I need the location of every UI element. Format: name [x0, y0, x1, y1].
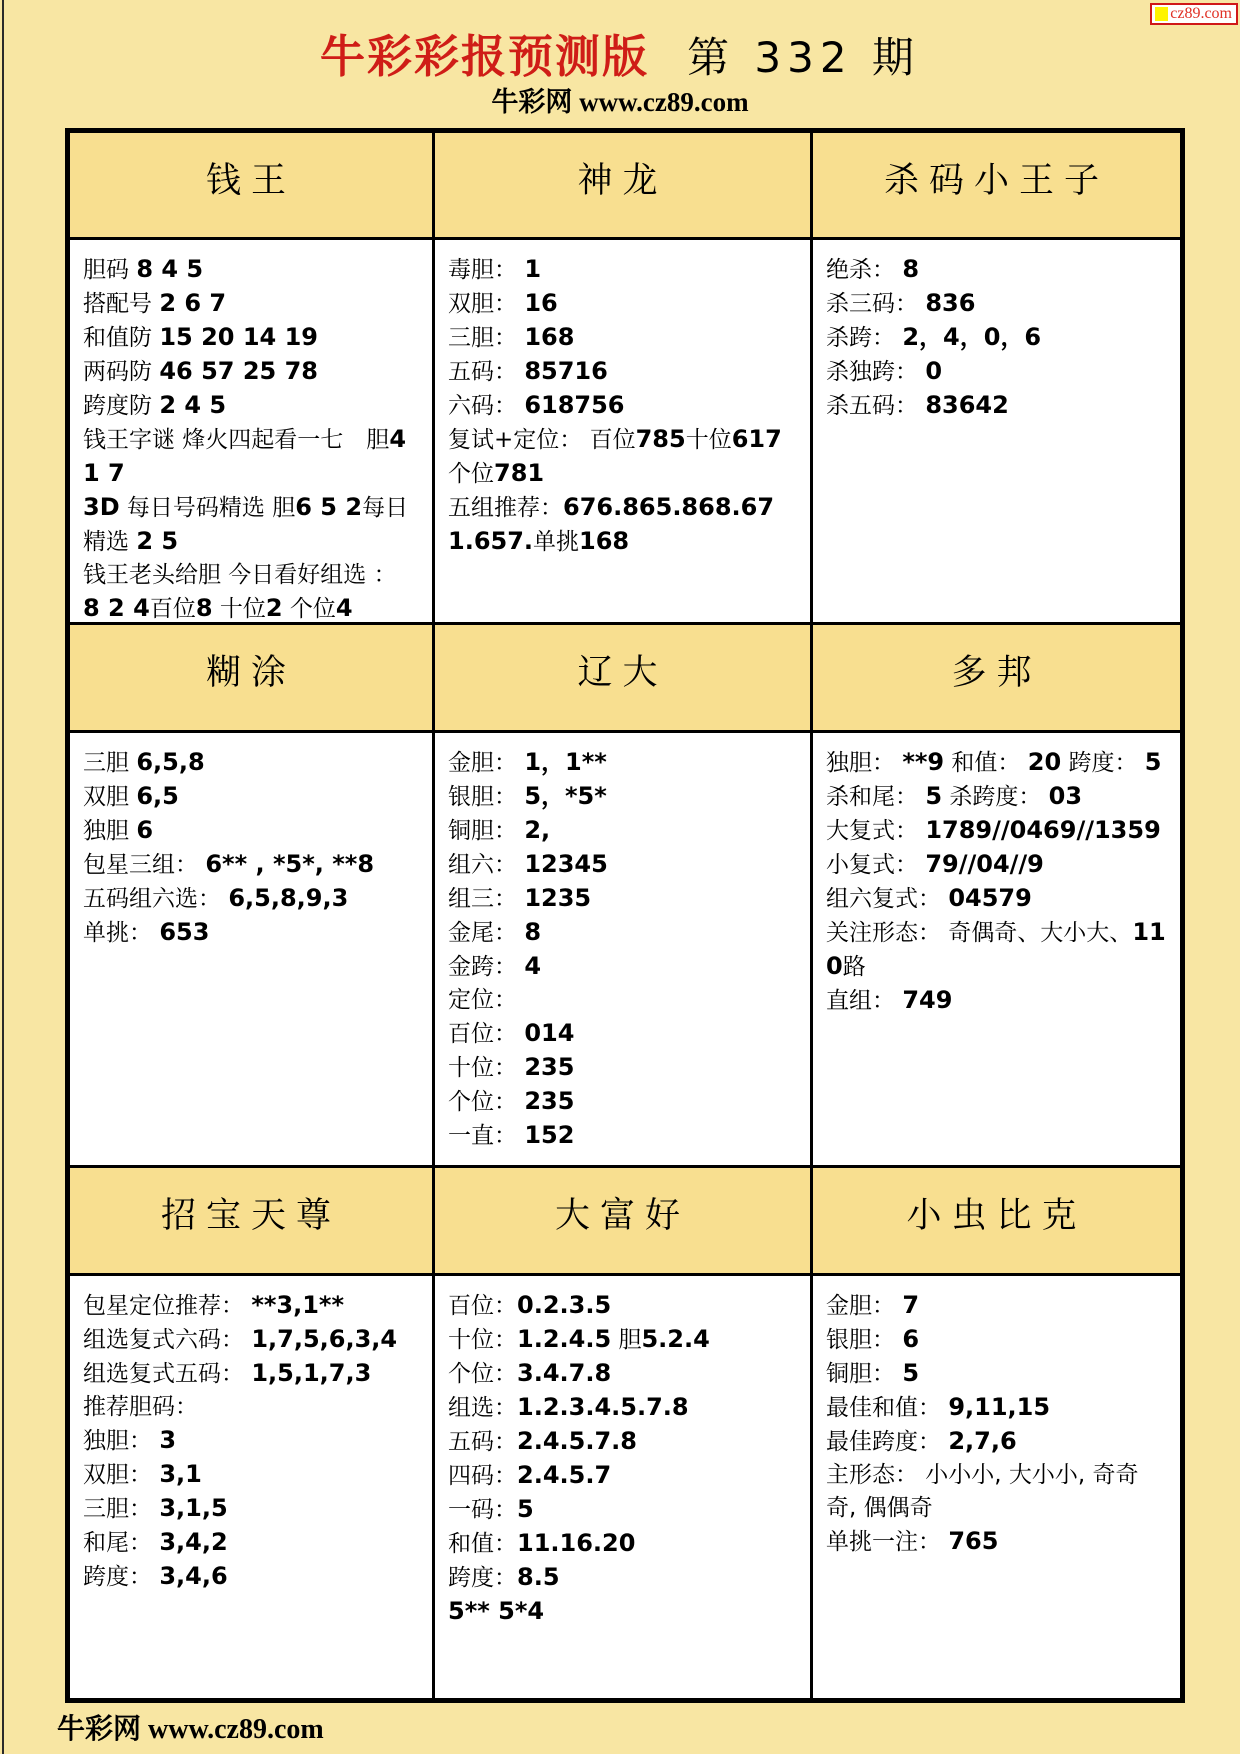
box-title: 钱王	[206, 161, 296, 201]
label-text: 独胆：	[83, 1428, 159, 1454]
label-text: 金胆：	[826, 1293, 902, 1319]
value-text: 749	[902, 986, 952, 1014]
label-text: 五组推荐：	[448, 495, 563, 521]
text-line: 双胆 6,5	[83, 780, 419, 814]
text-line: 组三： 1235	[448, 882, 797, 916]
value-text: 3,1	[159, 1460, 202, 1488]
text-line: 搭配号 2 6 7	[83, 287, 419, 321]
label-text: 金胆：	[448, 750, 524, 776]
page-edge-line	[2, 0, 4, 1754]
box-shama-xiaowangzi-header: 杀码小王子	[813, 133, 1180, 240]
label-text: 三胆	[83, 750, 136, 776]
label-text: 五码组六选：	[83, 886, 228, 912]
text-line: 组六： 12345	[448, 848, 797, 882]
label-text: 金跨：	[448, 954, 524, 980]
text-line: 杀五码： 83642	[826, 389, 1167, 423]
text-line: 直组： 749	[826, 984, 1167, 1018]
label-text: 最佳跨度：	[826, 1429, 948, 1455]
text-line: 毒胆： 1	[448, 253, 797, 287]
text-line: 六码： 618756	[448, 389, 797, 423]
text-line: 大复式： 1789//0469//1359	[826, 814, 1167, 848]
label-text: 金尾：	[448, 920, 524, 946]
label-text: 每日号码精选 胆	[120, 495, 296, 521]
value-text: 781	[494, 459, 544, 487]
site-subtitle: 牛彩网 www.cz89.com	[0, 80, 1240, 119]
label-text: 单挑	[533, 529, 579, 555]
value-text: 5** 5*4	[448, 1597, 544, 1625]
box-duobang-content: 独胆： **9 和值： 20 跨度： 5 杀和尾： 5 杀跨度： 03大复式： …	[813, 733, 1180, 1018]
text-line: 五码：2.4.5.7.8	[448, 1425, 797, 1459]
value-text: 6	[902, 1325, 919, 1353]
label-text: 胆	[611, 1327, 641, 1353]
box-dafuhao-header: 大富好	[435, 1168, 810, 1276]
text-line: 跨度防 2 4 5	[83, 389, 419, 423]
label-text: 包星定位推荐：	[83, 1293, 251, 1319]
value-text: 3,1,5	[159, 1494, 227, 1522]
box-title: 小虫比克	[906, 1196, 1086, 1236]
value-text: 3,4,6	[159, 1562, 227, 1590]
value-text: 168	[579, 527, 629, 555]
text-line: 和值：11.16.20	[448, 1527, 797, 1561]
value-text: 6	[136, 816, 153, 844]
label-text: 百位：	[448, 1021, 524, 1047]
page-title: 牛彩彩报预测版第 332 期	[0, 20, 1240, 85]
value-text: 014	[524, 1019, 574, 1047]
label-text: 百位：	[448, 1293, 517, 1319]
value-text: 3D	[83, 493, 120, 521]
text-line: 单挑： 653	[83, 916, 419, 950]
value-text: 6,5,8,9,3	[228, 884, 348, 912]
text-line: 推荐胆码：	[83, 1391, 419, 1424]
text-line: 包星定位推荐： **3,1**	[83, 1289, 419, 1323]
text-line: 十位： 235	[448, 1051, 797, 1085]
value-text: 5	[902, 1359, 919, 1387]
label-text: 组选复式六码：	[83, 1327, 251, 1353]
label-text: 复试+定位： 百位	[448, 427, 636, 453]
label-text: 一直：	[448, 1123, 524, 1149]
label-text: 杀跨度：	[942, 784, 1049, 810]
label-text: 推荐胆码：	[83, 1394, 198, 1420]
label-text: 和值防	[83, 325, 159, 351]
text-line: 组六复式： 04579	[826, 882, 1167, 916]
label-text: 杀五码：	[826, 393, 925, 419]
value-text: 6 5 2	[295, 493, 362, 521]
value-text: 0	[925, 357, 942, 385]
text-line: 银胆： 6	[826, 1323, 1167, 1357]
value-text: 1,7,5,6,3,4	[251, 1325, 397, 1353]
text-line: 五码组六选： 6,5,8,9,3	[83, 882, 419, 916]
value-text: **3,1**	[251, 1291, 344, 1319]
value-text: 85716	[524, 357, 608, 385]
text-line: 和尾： 3,4,2	[83, 1526, 419, 1560]
box-dafuhao-content: 百位：0.2.3.5十位：1.2.4.5 胆5.2.4个位：3.4.7.8组选：…	[435, 1276, 810, 1629]
label-text: 杀和尾：	[826, 784, 925, 810]
value-text: 12345	[524, 850, 608, 878]
label-text: 胆码	[83, 257, 136, 283]
page-title-issue: 第 332 期	[687, 33, 920, 82]
value-text: 3	[159, 1426, 176, 1454]
box-title: 多邦	[951, 653, 1041, 693]
text-line: 两码防 46 57 25 78	[83, 355, 419, 389]
value-text: 2 5	[136, 527, 178, 555]
label-text: 杀三码：	[826, 291, 925, 317]
label-text: 十位：	[448, 1055, 524, 1081]
label-text: 五码：	[448, 359, 524, 385]
value-text: 8.5	[517, 1563, 560, 1591]
prediction-grid: 钱王 胆码 8 4 5搭配号 2 6 7和值防 15 20 14 19两码防 4…	[65, 128, 1185, 1703]
text-line: 跨度：8.5	[448, 1561, 797, 1595]
text-line: 三胆： 3,1,5	[83, 1492, 419, 1526]
box-zhaobao-tianzun: 招宝天尊 包星定位推荐： **3,1**组选复式六码： 1,7,5,6,3,4组…	[70, 1165, 432, 1698]
text-line: 铜胆： 2,	[448, 814, 797, 848]
text-line: 个位： 235	[448, 1085, 797, 1119]
label-text: 组六复式：	[826, 886, 948, 912]
value-text: 617	[732, 425, 782, 453]
value-text: 6** , *5*, **8	[205, 850, 374, 878]
label-text: 一码：	[448, 1497, 517, 1523]
value-text: 7	[902, 1291, 919, 1319]
value-text: 4	[524, 952, 541, 980]
label-text: 杀独跨：	[826, 359, 925, 385]
text-line: 关注形态： 奇偶奇、大小大、110路	[826, 916, 1167, 984]
text-line: 铜胆： 5	[826, 1357, 1167, 1391]
box-shenlong: 神龙 毒胆： 1双胆： 16三胆： 168五码： 85716六码： 618756…	[432, 133, 810, 622]
text-line: 单挑一注： 765	[826, 1525, 1167, 1559]
text-line: 四码：2.4.5.7	[448, 1459, 797, 1493]
value-text: 20	[1028, 748, 1061, 776]
box-liaoda-content: 金胆： 1，1**银胆： 5，*5*铜胆： 2,组六： 12345组三： 123…	[435, 733, 810, 1153]
value-text: 79//04//9	[925, 850, 1044, 878]
label-text: 组三：	[448, 886, 524, 912]
text-line: 金跨： 4	[448, 950, 797, 984]
label-text: 杀跨：	[826, 325, 902, 351]
label-text: 独胆：	[826, 750, 902, 776]
box-title: 糊涂	[206, 653, 296, 693]
text-line: 双胆： 3,1	[83, 1458, 419, 1492]
label-text: 独胆	[83, 818, 136, 844]
label-text: 包星三组：	[83, 852, 205, 878]
text-line: 双胆： 16	[448, 287, 797, 321]
box-title: 辽大	[577, 653, 667, 693]
text-line: 五码： 85716	[448, 355, 797, 389]
value-text: 152	[524, 1121, 574, 1149]
label-text: 个位	[448, 461, 494, 487]
value-text: 2，4，0，6	[902, 323, 1041, 351]
text-line: 钱王老头给胆 今日看好组选 ： 8 2 4百位8 十位2 个位4	[83, 559, 419, 622]
label-text: 个位：	[448, 1361, 517, 1387]
label-text: 直组：	[826, 988, 902, 1014]
value-text: 653	[159, 918, 209, 946]
value-text: 16	[524, 289, 557, 317]
label-text: 两码防	[83, 359, 159, 385]
text-line: 一码：5	[448, 1493, 797, 1527]
text-line: 杀三码： 836	[826, 287, 1167, 321]
label-text: 十位	[213, 596, 266, 622]
box-hutu: 糊涂 三胆 6,5,8双胆 6,5独胆 6包星三组： 6** , *5*, **…	[70, 622, 432, 1165]
label-text: 三胆：	[448, 325, 524, 351]
label-text: 大复式：	[826, 818, 925, 844]
box-hutu-content: 三胆 6,5,8双胆 6,5独胆 6包星三组： 6** , *5*, **8五码…	[70, 733, 432, 950]
value-text: 8 4 5	[136, 255, 203, 283]
box-xiaochong-bike: 小虫比克 金胆： 7银胆： 6铜胆： 5最佳和值： 9,11,15最佳跨度： 2…	[810, 1165, 1180, 1698]
box-zhaobao-tianzun-content: 包星定位推荐： **3,1**组选复式六码： 1,7,5,6,3,4组选复式五码…	[70, 1276, 432, 1594]
label-text: 十位	[686, 427, 732, 453]
label-text: 十位：	[448, 1327, 517, 1353]
text-line: 十位：1.2.4.5 胆5.2.4	[448, 1323, 797, 1357]
label-text: 六码：	[448, 393, 524, 419]
value-text: 1235	[524, 884, 591, 912]
text-line: 金尾： 8	[448, 916, 797, 950]
value-text: 8	[902, 255, 919, 283]
label-text: 和值：	[944, 750, 1028, 776]
box-shama-xiaowangzi-content: 绝杀： 8杀三码： 836杀跨： 2，4，0，6杀独跨： 0杀五码： 83642	[813, 240, 1180, 423]
value-text: 235	[524, 1087, 574, 1115]
label-text: 百位	[150, 596, 196, 622]
label-text: 定位：	[448, 987, 517, 1013]
box-title: 神龙	[577, 161, 667, 201]
value-text: 2	[266, 594, 283, 622]
box-shenlong-content: 毒胆： 1双胆： 16三胆： 168五码： 85716六码： 618756复试+…	[435, 240, 810, 559]
box-xiaochong-bike-content: 金胆： 7银胆： 6铜胆： 5最佳和值： 9,11,15最佳跨度： 2,7,6主…	[813, 1276, 1180, 1559]
value-text: 46 57 25 78	[159, 357, 318, 385]
label-text: 和尾：	[83, 1530, 159, 1556]
value-text: 168	[524, 323, 574, 351]
text-line: 独胆 6	[83, 814, 419, 848]
label-text: 主形态： 小小小, 大小小, 奇奇奇, 偶偶奇	[826, 1462, 1139, 1521]
text-line: 独胆： 3	[83, 1424, 419, 1458]
box-zhaobao-tianzun-header: 招宝天尊	[70, 1168, 432, 1276]
text-line: 小复式： 79//04//9	[826, 848, 1167, 882]
box-shenlong-header: 神龙	[435, 133, 810, 240]
text-line: 杀独跨： 0	[826, 355, 1167, 389]
text-line: 组选复式六码： 1,7,5,6,3,4	[83, 1323, 419, 1357]
label-text: 和值：	[448, 1531, 517, 1557]
value-text: 8	[196, 594, 213, 622]
box-qianwang: 钱王 胆码 8 4 5搭配号 2 6 7和值防 15 20 14 19两码防 4…	[70, 133, 432, 622]
text-line: 独胆： **9 和值： 20 跨度： 5 杀和尾： 5 杀跨度： 03	[826, 746, 1167, 814]
label-text: 组选：	[448, 1395, 517, 1421]
value-text: 6,5,8	[136, 748, 204, 776]
text-line: 主形态： 小小小, 大小小, 奇奇奇, 偶偶奇	[826, 1459, 1167, 1525]
label-text: 个位：	[448, 1089, 524, 1115]
box-duobang: 多邦 独胆： **9 和值： 20 跨度： 5 杀和尾： 5 杀跨度： 03大复…	[810, 622, 1180, 1165]
value-text: 2 4 5	[159, 391, 226, 419]
value-text: 765	[948, 1527, 998, 1555]
value-text: 785	[636, 425, 686, 453]
label-text: 跨度：	[1061, 750, 1145, 776]
box-title: 杀码小王子	[884, 161, 1109, 201]
value-text: 2,7,6	[948, 1427, 1016, 1455]
value-text: 1789//0469//1359	[925, 816, 1160, 844]
value-text: 6,5	[136, 782, 179, 810]
label-text: 钱王字谜 烽火四起看一七 胆	[83, 427, 389, 453]
value-text: 5	[1145, 748, 1162, 776]
label-text: 跨度：	[83, 1564, 159, 1590]
label-text: 毒胆：	[448, 257, 524, 283]
label-text: 跨度防	[83, 393, 159, 419]
label-text: 双胆：	[448, 291, 524, 317]
label-text: 关注形态： 奇偶奇、大小大、	[826, 920, 1132, 946]
label-text: 路	[843, 954, 866, 980]
box-title: 招宝天尊	[161, 1196, 341, 1236]
text-line: 复试+定位： 百位785十位617个位781	[448, 423, 797, 491]
text-line: 五组推荐：676.865.868.671.657.单挑168	[448, 491, 797, 559]
text-line: 组选复式五码： 1,5,1,7,3	[83, 1357, 419, 1391]
box-qianwang-header: 钱王	[70, 133, 432, 240]
box-duobang-header: 多邦	[813, 625, 1180, 733]
text-line: 5** 5*4	[448, 1595, 797, 1629]
value-text: 2.4.5.7.8	[517, 1427, 637, 1455]
label-text: 五码：	[448, 1429, 517, 1455]
label-text: 搭配号	[83, 291, 159, 317]
value-text: 1.2.3.4.5.7.8	[517, 1393, 689, 1421]
label-text: 跨度：	[448, 1565, 517, 1591]
box-liaoda: 辽大 金胆： 1，1**银胆： 5，*5*铜胆： 2,组六： 12345组三： …	[432, 622, 810, 1165]
label-text: 银胆：	[826, 1327, 902, 1353]
label-text: 双胆	[83, 784, 136, 810]
label-text: 组选复式五码：	[83, 1361, 251, 1387]
box-title: 大富好	[555, 1196, 690, 1236]
value-text: 3,4,2	[159, 1528, 227, 1556]
value-text: 2.4.5.7	[517, 1461, 611, 1489]
value-text: 8 2 4	[83, 594, 150, 622]
yellow-square-icon	[1155, 7, 1168, 21]
value-text: 1.2.4.5	[517, 1325, 611, 1353]
text-line: 杀跨： 2，4，0，6	[826, 321, 1167, 355]
value-text: 1	[524, 255, 541, 283]
text-line: 绝杀： 8	[826, 253, 1167, 287]
label-text: 铜胆：	[448, 818, 524, 844]
text-line: 金胆： 1，1**	[448, 746, 797, 780]
text-line: 和值防 15 20 14 19	[83, 321, 419, 355]
label-text: 银胆：	[448, 784, 524, 810]
label-text: 铜胆：	[826, 1361, 902, 1387]
value-text: 2,	[524, 816, 550, 844]
text-line: 组选：1.2.3.4.5.7.8	[448, 1391, 797, 1425]
value-text: 83642	[925, 391, 1009, 419]
value-text: 0.2.3.5	[517, 1291, 611, 1319]
value-text: 03	[1049, 782, 1082, 810]
value-text: 5，*5*	[524, 782, 607, 810]
label-text: 组六：	[448, 852, 524, 878]
value-text: **9	[902, 748, 944, 776]
value-text: 4	[336, 594, 353, 622]
label-text: 个位	[283, 596, 336, 622]
box-qianwang-content: 胆码 8 4 5搭配号 2 6 7和值防 15 20 14 19两码防 46 5…	[70, 240, 432, 622]
label-text: 双胆：	[83, 1462, 159, 1488]
value-text: 3.4.7.8	[517, 1359, 611, 1387]
label-text: 单挑一注：	[826, 1529, 948, 1555]
text-line: 最佳跨度： 2,7,6	[826, 1425, 1167, 1459]
text-line: 3D 每日号码精选 胆6 5 2每日精选 2 5	[83, 491, 419, 559]
text-line: 包星三组： 6** , *5*, **8	[83, 848, 419, 882]
text-line: 百位：0.2.3.5	[448, 1289, 797, 1323]
value-text: 5	[925, 782, 942, 810]
label-text: 钱王老头给胆 今日看好组选 ：	[83, 562, 397, 588]
value-text: 8	[524, 918, 541, 946]
text-line: 银胆： 5，*5*	[448, 780, 797, 814]
text-line: 定位：	[448, 984, 797, 1017]
box-shama-xiaowangzi: 杀码小王子 绝杀： 8杀三码： 836杀跨： 2，4，0，6杀独跨： 0杀五码：…	[810, 133, 1180, 622]
value-text: 04579	[948, 884, 1032, 912]
label-text: 小复式：	[826, 852, 925, 878]
text-line: 个位：3.4.7.8	[448, 1357, 797, 1391]
text-line: 金胆： 7	[826, 1289, 1167, 1323]
site-footer: 牛彩网 www.cz89.com	[57, 1707, 324, 1747]
text-line: 钱王字谜 烽火四起看一七 胆4 1 7	[83, 423, 419, 491]
text-line: 跨度： 3,4,6	[83, 1560, 419, 1594]
value-text: 15 20 14 19	[159, 323, 318, 351]
value-text: 235	[524, 1053, 574, 1081]
label-text: 最佳和值：	[826, 1395, 948, 1421]
value-text: 618756	[524, 391, 624, 419]
value-text: 836	[925, 289, 975, 317]
text-line: 一直： 152	[448, 1119, 797, 1153]
text-line: 百位： 014	[448, 1017, 797, 1051]
value-text: 2 6 7	[159, 289, 226, 317]
text-line: 胆码 8 4 5	[83, 253, 419, 287]
value-text: 11.16.20	[517, 1529, 635, 1557]
text-line: 三胆： 168	[448, 321, 797, 355]
box-liaoda-header: 辽大	[435, 625, 810, 733]
label-text: 单挑：	[83, 920, 159, 946]
label-text: 三胆：	[83, 1496, 159, 1522]
value-text: 9,11,15	[948, 1393, 1050, 1421]
box-dafuhao: 大富好 百位：0.2.3.5十位：1.2.4.5 胆5.2.4个位：3.4.7.…	[432, 1165, 810, 1698]
value-text: 1,5,1,7,3	[251, 1359, 371, 1387]
value-text: 1，1**	[524, 748, 607, 776]
text-line: 最佳和值： 9,11,15	[826, 1391, 1167, 1425]
box-hutu-header: 糊涂	[70, 625, 432, 733]
label-text: 绝杀：	[826, 257, 902, 283]
value-text: 5	[517, 1495, 534, 1523]
value-text: 5.2.4	[641, 1325, 709, 1353]
page-title-name: 牛彩彩报预测版	[320, 30, 649, 83]
text-line: 三胆 6,5,8	[83, 746, 419, 780]
label-text: 四码：	[448, 1463, 517, 1489]
box-xiaochong-bike-header: 小虫比克	[813, 1168, 1180, 1276]
